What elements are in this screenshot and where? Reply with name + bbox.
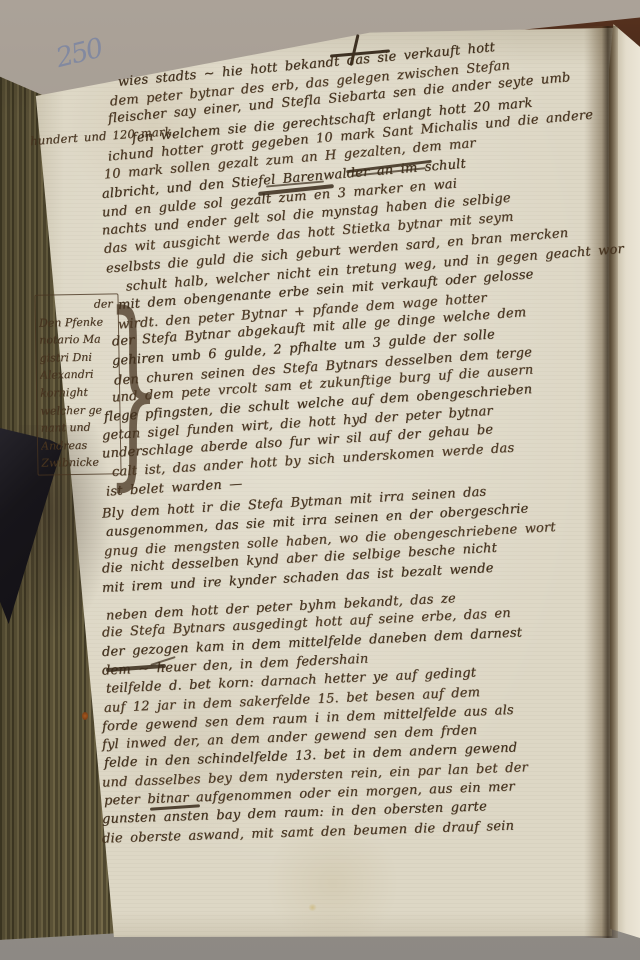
manuscript-text: wies stadts ~ hie hott bekandt das sie v… [102,74,616,848]
rust-spot [82,712,88,720]
paper-stain [308,904,317,911]
folio-number: 250 [53,33,105,74]
manuscript-photo: 250 hundert und 120 mark. der Den Pfenke… [0,0,640,960]
